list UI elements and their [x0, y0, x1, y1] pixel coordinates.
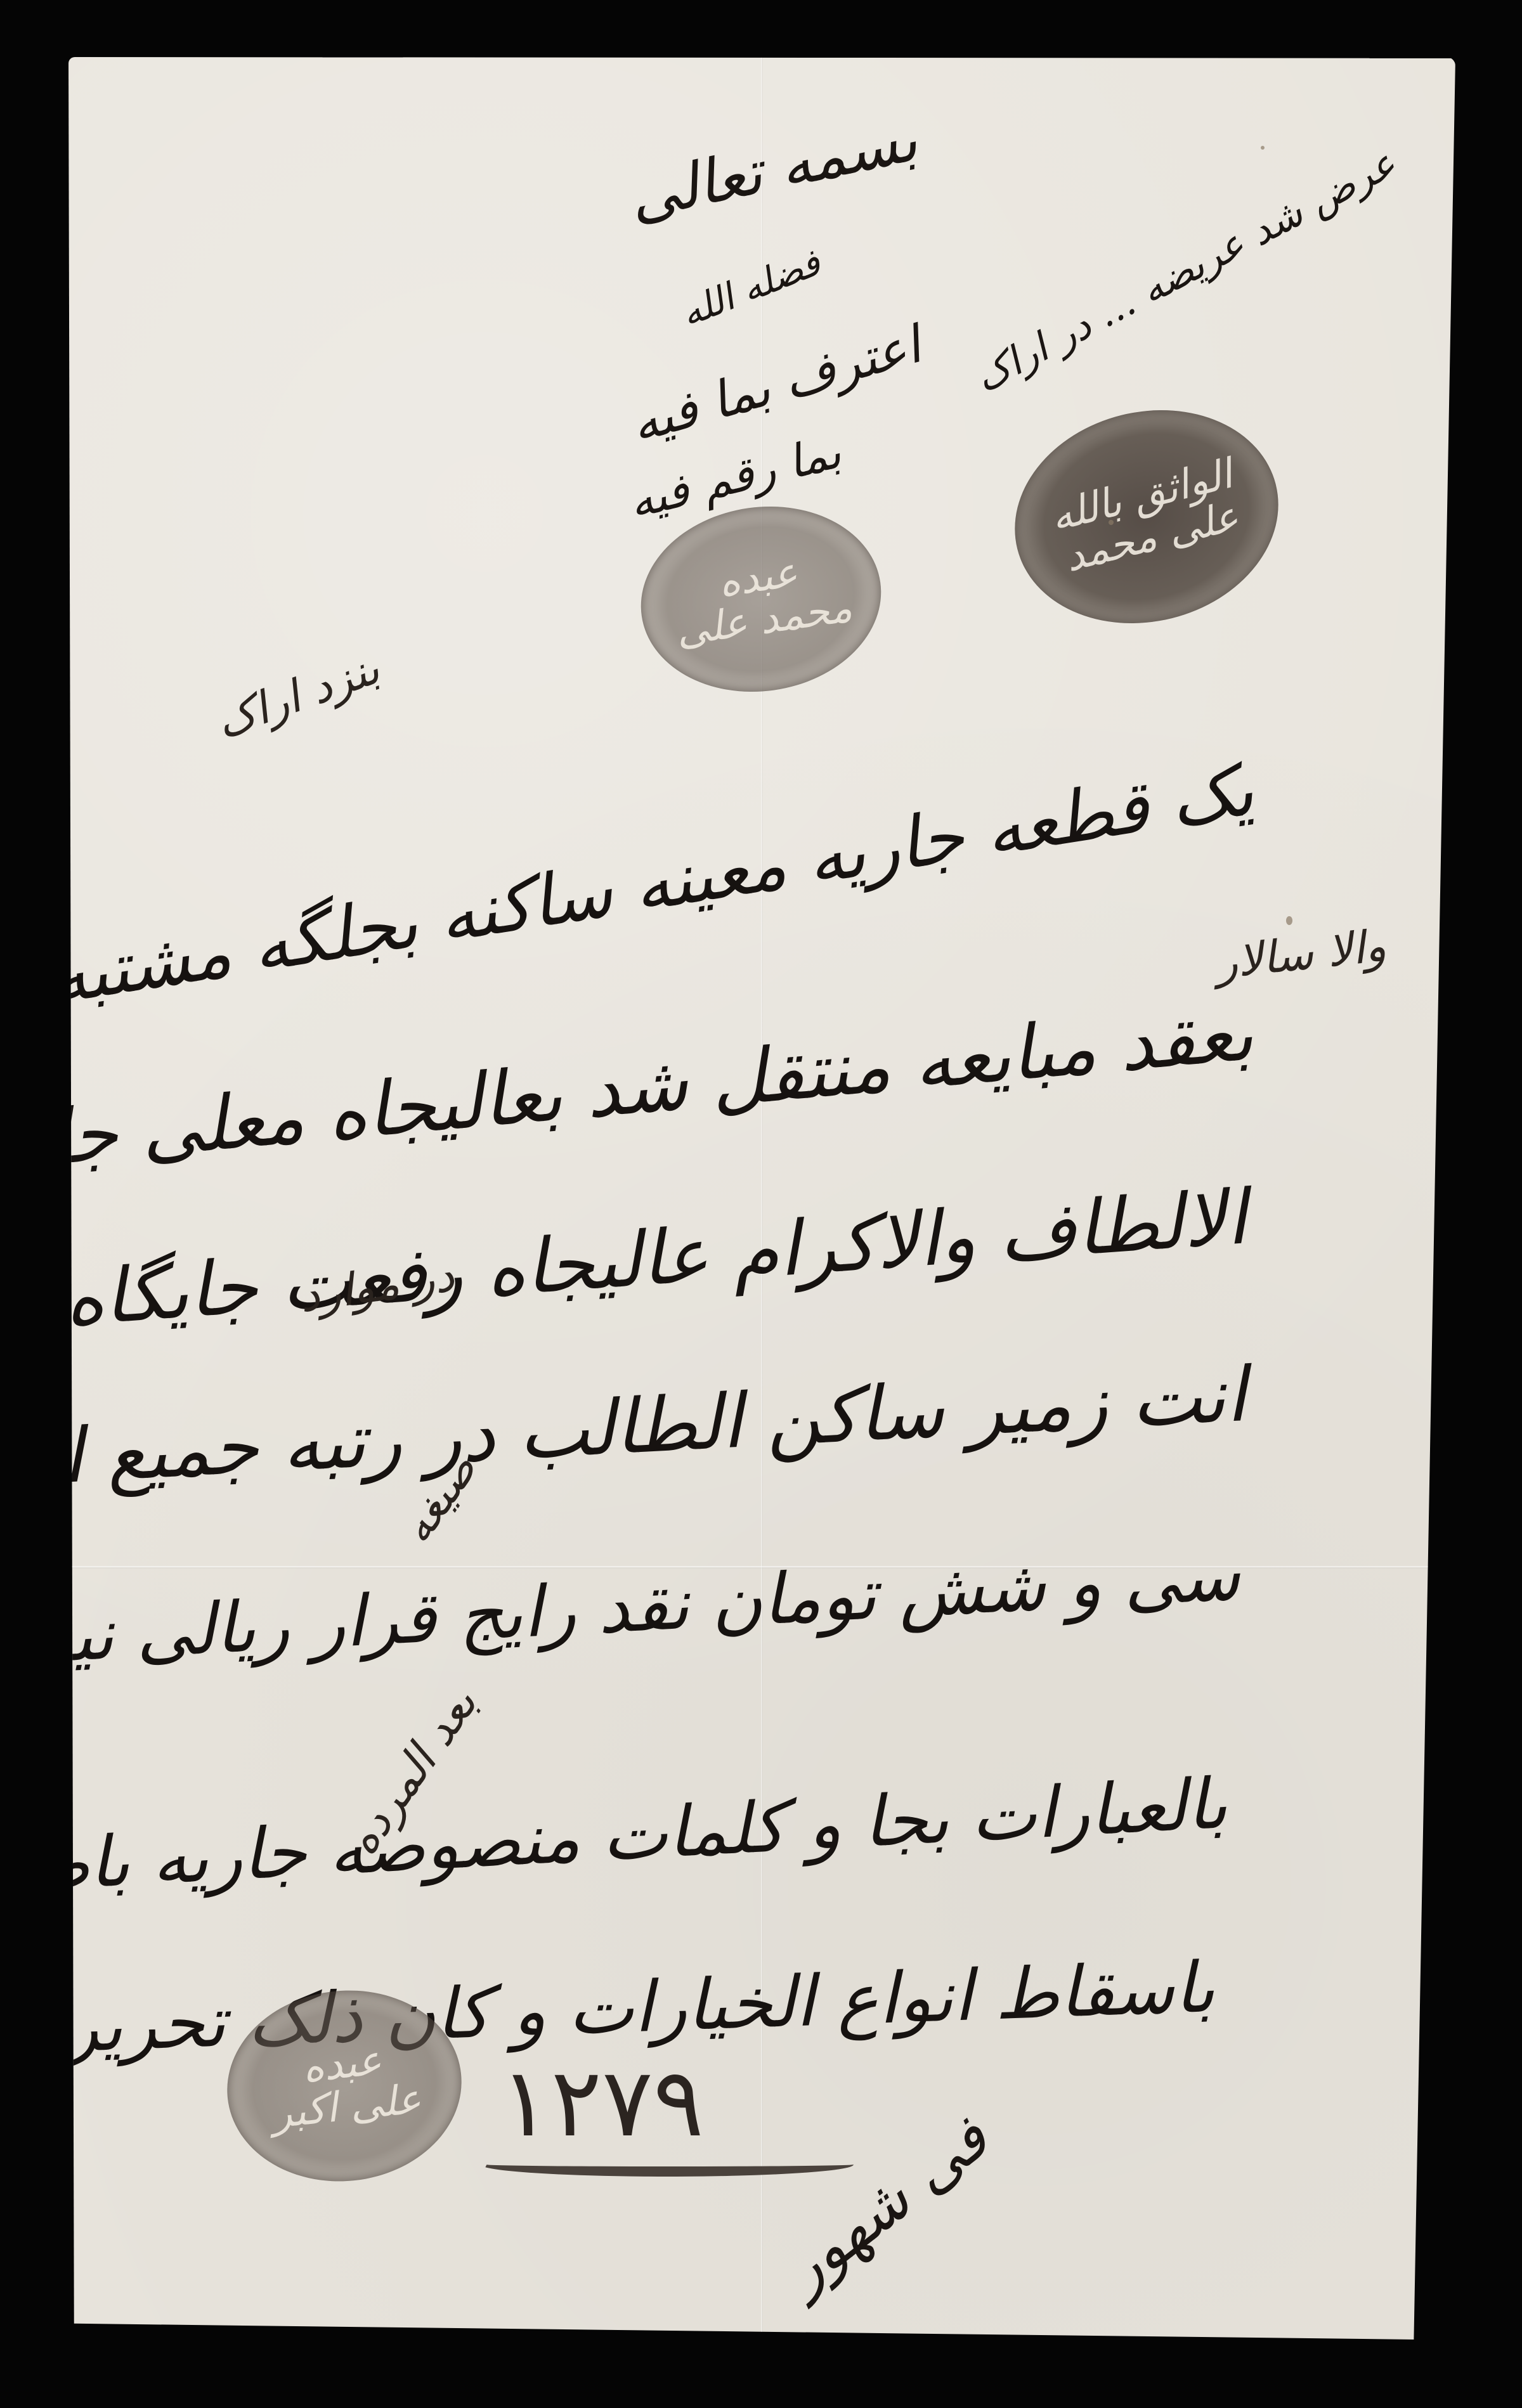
annotation-left-line2: اعترف بما فیه: [624, 315, 927, 454]
annotation-top-right: عرض شد عریضه ... در اراک: [966, 139, 1403, 401]
margin-note: والا سالار: [1213, 919, 1388, 989]
body-line-3: الالطاف والاکرام عالیجاه رفعت جایگاه جلا…: [0, 1173, 1249, 1379]
foxing-spot: [1261, 146, 1265, 150]
foxing-spot: [1109, 520, 1114, 525]
date-underline-swash: [481, 2152, 854, 2177]
margin-note: بنزد اراک: [209, 642, 386, 749]
body-line-6: بالعبارات بجا و کلمات منصوصه جاریه باطرا…: [0, 1763, 1229, 1919]
annotation-left-line1: فضله الله: [675, 240, 827, 335]
manuscript-paper: بسمه تعالی عرض شد عریضه ... در اراک فضله…: [68, 57, 1455, 2340]
seal-impression-top-center: عبده محمد علی: [629, 491, 894, 707]
document-date: ۱۲۷۹: [500, 2048, 704, 2158]
foxing-spot: [1286, 916, 1292, 925]
document-heading: بسمه تعالی: [622, 103, 923, 233]
body-line-5: سی و شش تومان نقد رایج قرار ریالی نیم ری…: [0, 1534, 1242, 1710]
body-line-4: انت زمیر ساکن الطالب در رتبه جمیع العالی…: [0, 1350, 1249, 1518]
seal-impression-top-right: الواثق بالله علی محمد: [992, 383, 1301, 651]
closing-phrase: فی شهور: [769, 2102, 1001, 2305]
